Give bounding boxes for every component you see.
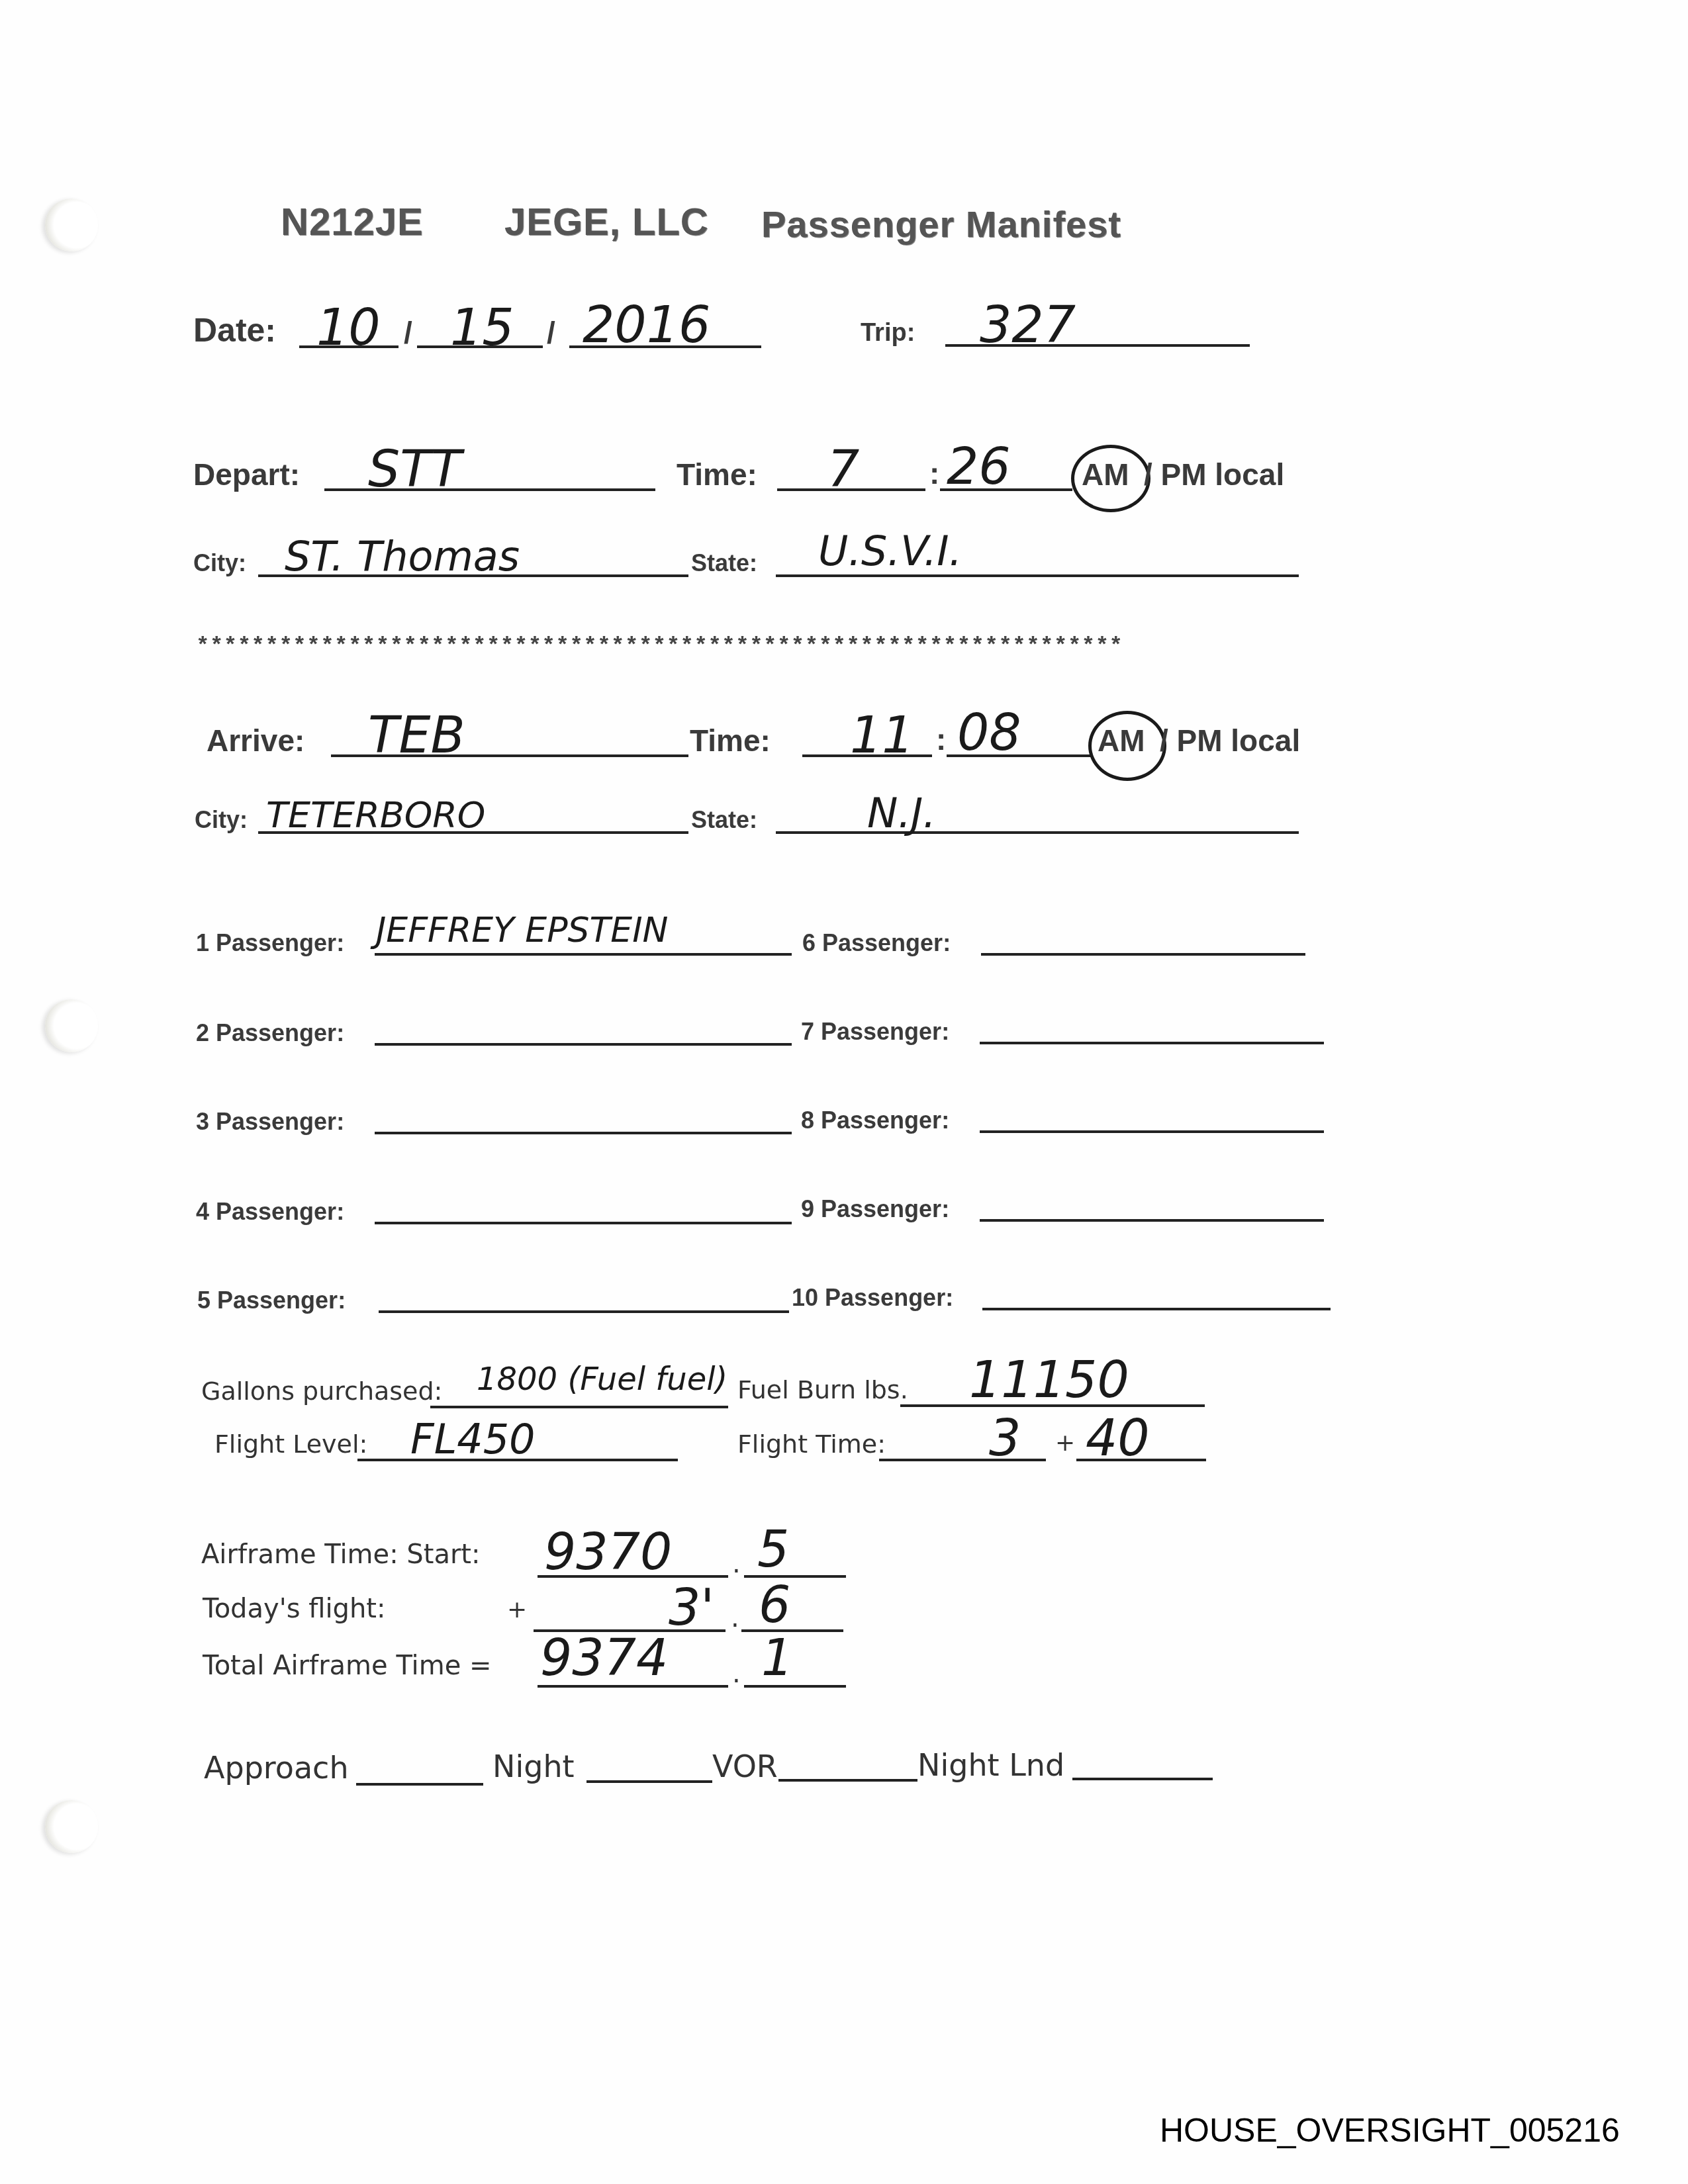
night-line[interactable]	[586, 1780, 712, 1783]
passenger-2-line[interactable]	[375, 1043, 792, 1046]
hole-punch	[45, 1800, 98, 1853]
passenger-4-label: 4 Passenger:	[196, 1198, 344, 1226]
passenger-9-line[interactable]	[980, 1219, 1324, 1222]
flight-time-separator: +	[1055, 1430, 1075, 1457]
bates-number: HOUSE_OVERSIGHT_005216	[1160, 2111, 1620, 2150]
header-form-title: Passenger Manifest	[761, 203, 1121, 246]
passenger-8-label: 8 Passenger:	[801, 1107, 949, 1134]
depart-pm-local-label: / PM local	[1144, 457, 1284, 492]
arrive-airport-value[interactable]: TEB	[368, 705, 465, 764]
fuel-burn-label: Fuel Burn lbs.	[737, 1375, 908, 1404]
fuel-burn-value[interactable]: 11150	[969, 1350, 1129, 1409]
airframe-start-tenth-value[interactable]: 5	[757, 1520, 789, 1578]
trip-number-value[interactable]: 327	[980, 295, 1076, 354]
depart-state-label: State:	[691, 549, 757, 577]
night-lnd-line[interactable]	[1072, 1778, 1213, 1780]
arrive-city-value[interactable]: TETERBORO	[266, 794, 485, 836]
passenger-1-line	[375, 953, 792, 956]
depart-minute-value[interactable]: 26	[947, 437, 1011, 496]
total-airframe-tenth-value[interactable]: 1	[761, 1628, 793, 1687]
vor-line[interactable]	[778, 1779, 917, 1782]
total-airframe-decimal: .	[732, 1659, 741, 1689]
night-label: Night	[492, 1749, 575, 1784]
vor-label: VOR	[712, 1749, 778, 1784]
arrive-state-line	[776, 831, 1299, 834]
header-company: JEGE, LLC	[504, 200, 709, 244]
gallons-purchased-label: Gallons purchased:	[201, 1377, 442, 1406]
flight-time-label: Flight Time:	[737, 1430, 886, 1459]
hole-punch	[45, 199, 98, 251]
passenger-3-line[interactable]	[375, 1132, 792, 1134]
flight-level-value[interactable]: FL450	[410, 1415, 536, 1463]
passenger-7-label: 7 Passenger:	[801, 1018, 949, 1046]
date-day-value[interactable]: 15	[450, 298, 514, 357]
arrive-time-label: Time:	[690, 723, 771, 758]
passenger-5-label: 5 Passenger:	[197, 1287, 346, 1314]
date-year-value[interactable]: 2016	[583, 295, 710, 354]
gallons-purchased-line	[430, 1406, 728, 1408]
depart-label: Depart:	[193, 457, 300, 492]
arrive-am-option[interactable]: AM	[1098, 723, 1145, 758]
hole-punch	[45, 999, 98, 1052]
date-month-value[interactable]: 10	[316, 298, 381, 357]
section-separator: ****************************************…	[196, 634, 1123, 659]
total-airframe-tenth-line	[744, 1685, 846, 1688]
passenger-10-line[interactable]	[982, 1308, 1331, 1310]
depart-time-label: Time:	[677, 457, 757, 492]
arrive-pm-local-label: / PM local	[1160, 723, 1300, 758]
arrive-city-label: City:	[195, 806, 248, 834]
passenger-1-name[interactable]: JEFFREY EPSTEIN	[376, 911, 668, 950]
passenger-2-label: 2 Passenger:	[196, 1019, 344, 1047]
passenger-3-label: 3 Passenger:	[196, 1108, 344, 1136]
depart-city-label: City:	[193, 549, 246, 577]
date-separator: /	[547, 315, 555, 351]
depart-airport-value[interactable]: STT	[368, 439, 461, 498]
passenger-9-label: 9 Passenger:	[801, 1195, 949, 1223]
depart-hour-value[interactable]: 7	[827, 439, 859, 498]
passenger-6-label: 6 Passenger:	[802, 929, 951, 957]
arrive-state-label: State:	[691, 806, 757, 834]
flight-time-minutes-value[interactable]: 40	[1086, 1408, 1150, 1467]
arrive-minute-value[interactable]: 08	[957, 703, 1021, 762]
passenger-4-line[interactable]	[375, 1222, 792, 1224]
arrive-time-colon: :	[936, 721, 946, 757]
passenger-5-line[interactable]	[379, 1310, 789, 1313]
gallons-purchased-value[interactable]: 1800 (Fuel fuel)	[477, 1361, 727, 1398]
approach-label: Approach	[204, 1750, 349, 1786]
depart-time-colon: :	[929, 455, 939, 491]
todays-flight-whole-value[interactable]: 3'	[669, 1578, 714, 1637]
passenger-10-label: 10 Passenger:	[792, 1284, 953, 1312]
date-label: Date:	[193, 311, 276, 349]
passenger-8-line[interactable]	[980, 1130, 1324, 1133]
todays-flight-plus: +	[507, 1596, 527, 1623]
night-lnd-label: Night Lnd	[917, 1747, 1064, 1783]
airframe-start-decimal: .	[732, 1549, 741, 1579]
arrive-hour-value[interactable]: 11	[850, 705, 914, 764]
depart-city-value[interactable]: ST. Thomas	[285, 532, 520, 580]
airframe-start-label: Airframe Time: Start:	[201, 1539, 481, 1570]
todays-flight-label: Today's flight:	[203, 1594, 385, 1624]
approach-line[interactable]	[356, 1783, 483, 1786]
total-airframe-whole-value[interactable]: 9374	[540, 1628, 668, 1687]
trip-label: Trip:	[861, 319, 915, 347]
airframe-start-whole-value[interactable]: 9370	[544, 1522, 672, 1581]
flight-time-hours-value[interactable]: 3	[989, 1408, 1021, 1467]
arrive-label: Arrive:	[207, 723, 305, 758]
header-tail-number: N212JE	[281, 200, 424, 244]
depart-state-value[interactable]: U.S.V.I.	[818, 527, 962, 575]
todays-flight-tenth-value[interactable]: 6	[759, 1575, 790, 1634]
manifest-page: N212JE JEGE, LLC Passenger Manifest Date…	[0, 0, 1688, 2184]
total-airframe-label: Total Airframe Time =	[203, 1651, 492, 1681]
passenger-7-line[interactable]	[980, 1042, 1324, 1044]
passenger-6-line[interactable]	[981, 953, 1305, 956]
depart-am-option[interactable]: AM	[1082, 457, 1129, 492]
date-separator: /	[404, 315, 412, 351]
passenger-1-label: 1 Passenger:	[196, 929, 344, 957]
todays-flight-decimal: .	[731, 1603, 739, 1633]
arrive-state-value[interactable]: N.J.	[867, 789, 936, 837]
flight-level-label: Flight Level:	[214, 1430, 367, 1459]
